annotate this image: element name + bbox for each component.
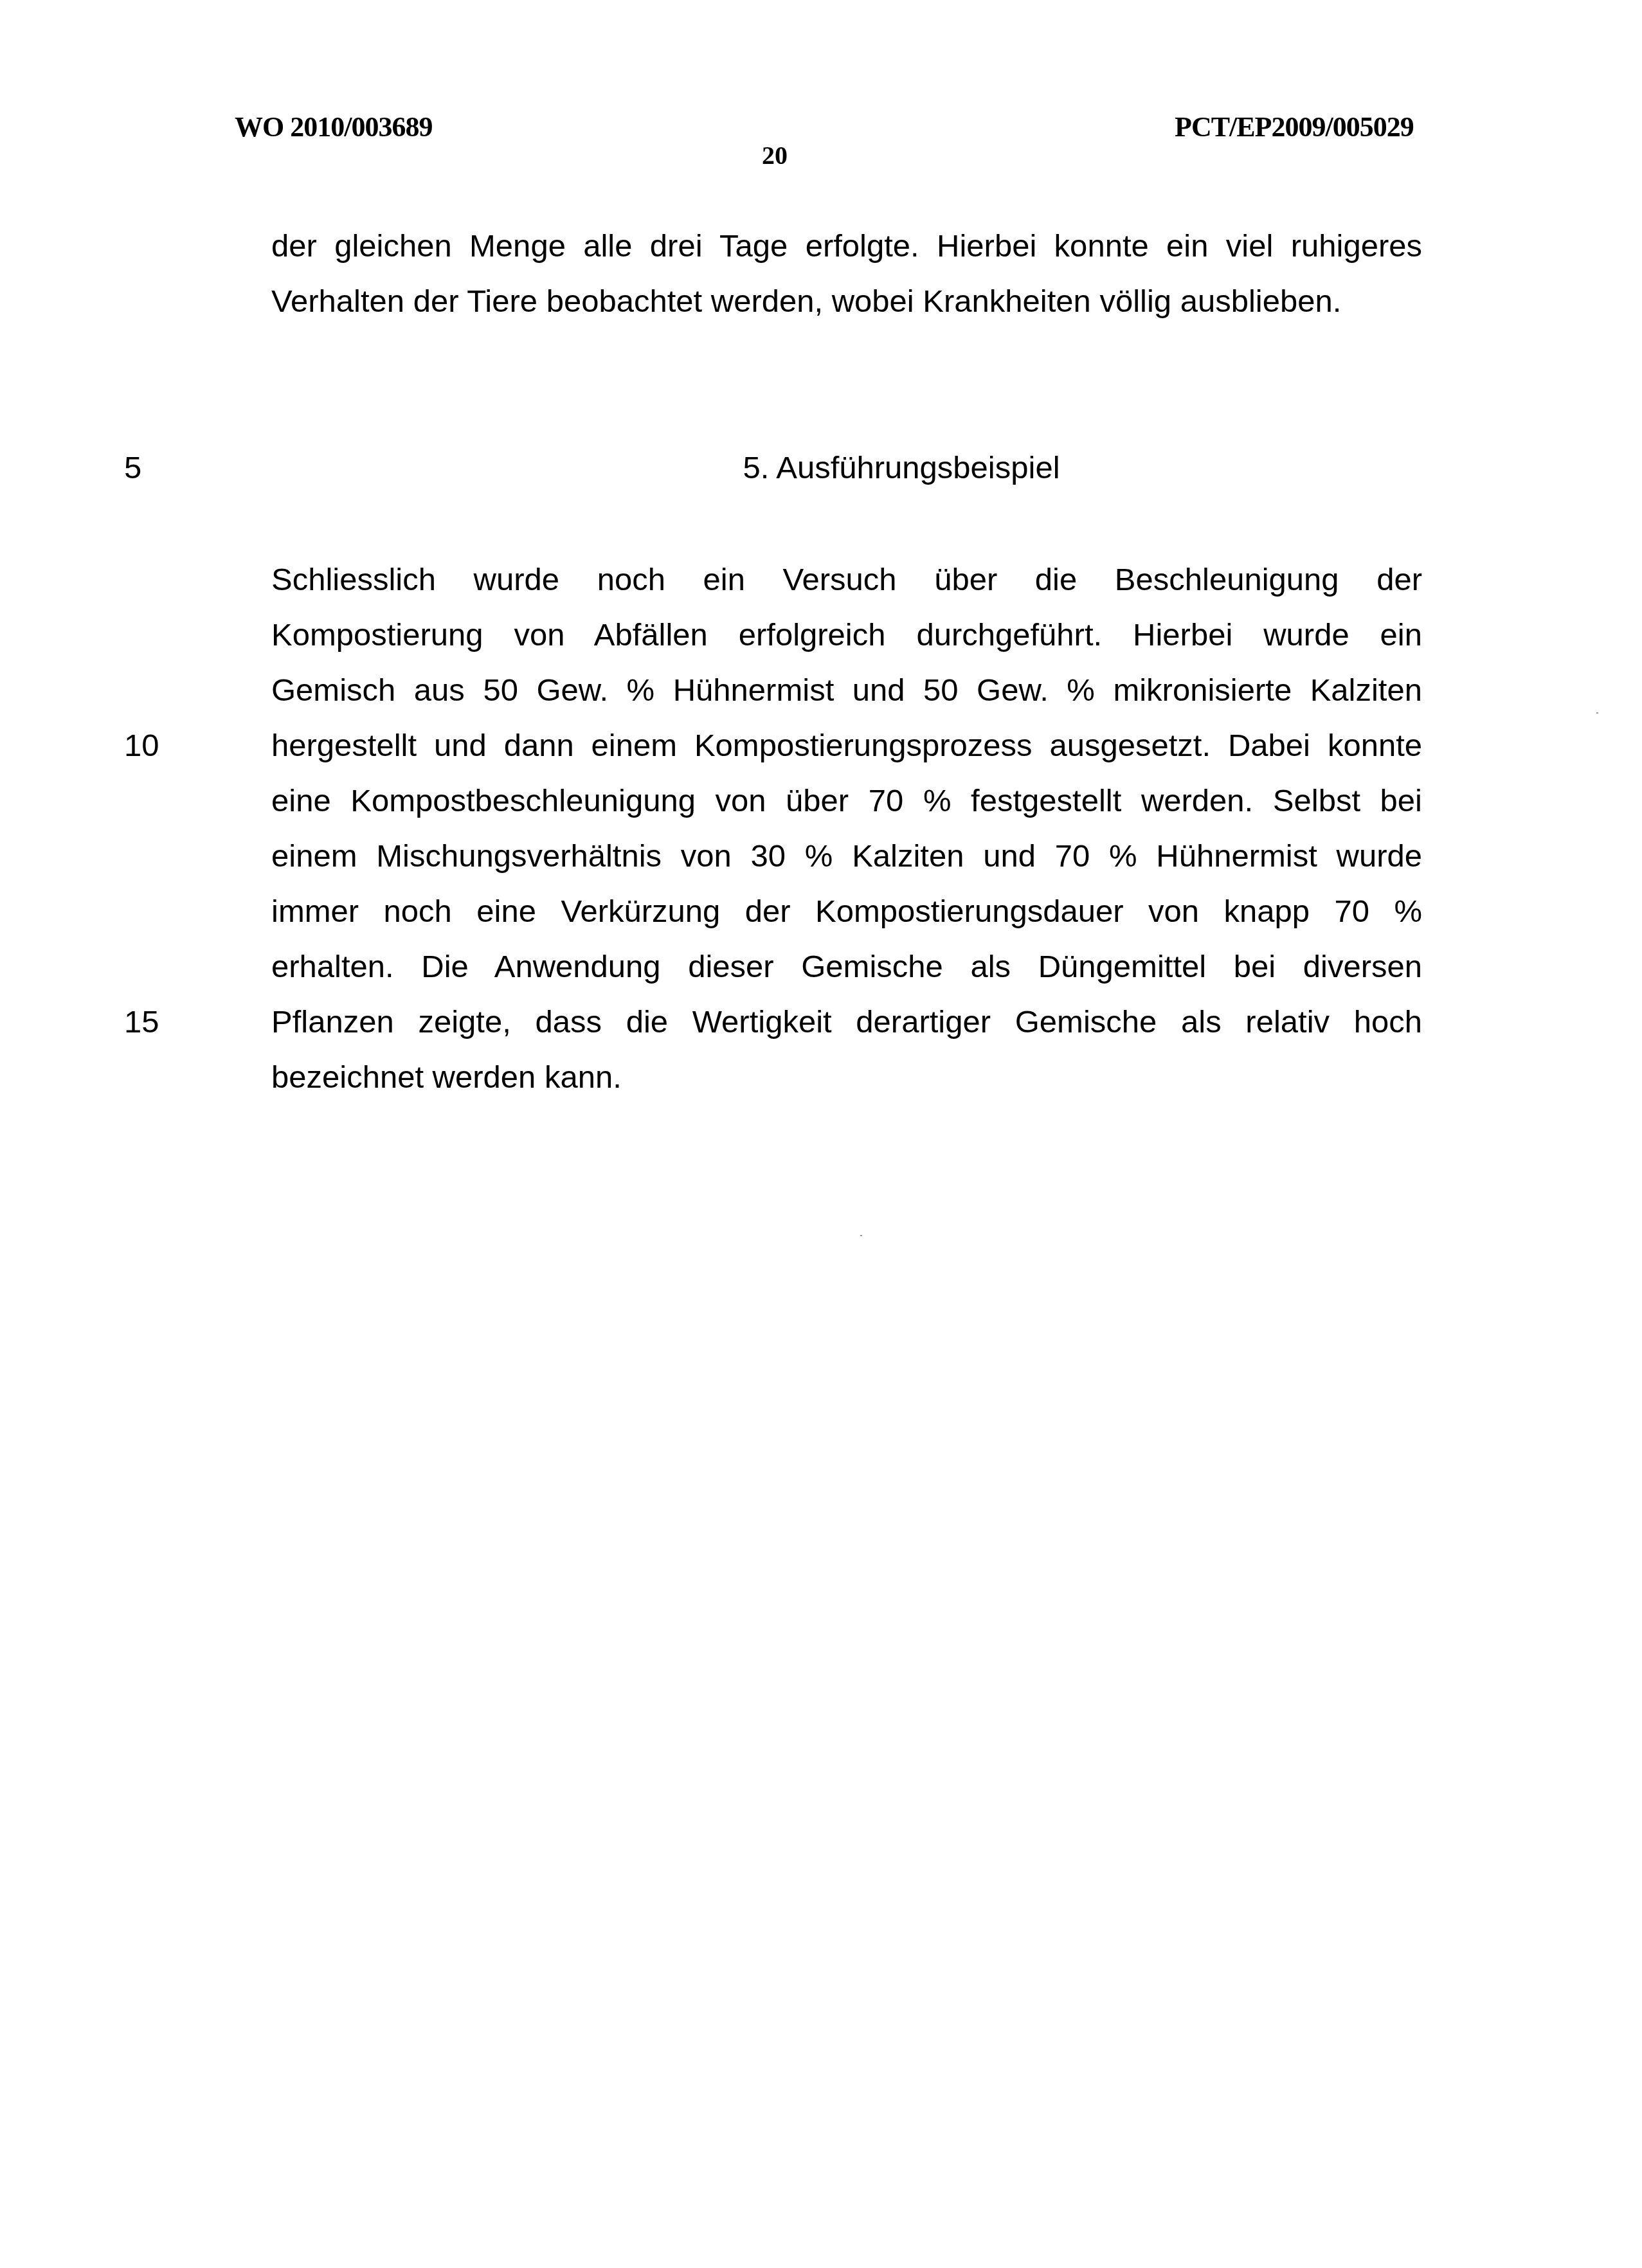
text-line: Verhalten der Tiere beobachtet werden, w… [271, 282, 1422, 321]
text-line: Gemisch aus 50 Gew. % Hühnermist und 50 … [271, 671, 1422, 710]
scan-speck [860, 1235, 862, 1236]
text-line: bezeichnet werden kann. [271, 1058, 1422, 1097]
text-line: eine Kompostbeschleunigung von über 70 %… [271, 782, 1422, 820]
text-line: einem Mischungsverhältnis von 30 % Kalzi… [271, 837, 1422, 876]
page-number: 20 [762, 140, 788, 170]
application-number: PCT/EP2009/005029 [1175, 111, 1414, 143]
text-line: immer noch eine Verkürzung der Kompostie… [271, 892, 1422, 931]
section-heading: 5. Ausführungsbeispiel [0, 449, 1642, 487]
text-line: erhalten. Die Anwendung dieser Gemische … [271, 948, 1422, 986]
text-line: Schliesslich wurde noch ein Versuch über… [271, 561, 1422, 599]
text-line: Kompostierung von Abfällen erfolgreich d… [271, 616, 1422, 654]
text-line: hergestellt und dann einem Kompostierung… [271, 726, 1422, 765]
scan-speck [1596, 712, 1598, 714]
line-number-10: 10 [124, 726, 159, 765]
publication-number: WO 2010/003689 [235, 111, 432, 143]
text-line: Pflanzen zeigte, dass die Wertigkeit der… [271, 1003, 1422, 1041]
line-number-15: 15 [124, 1003, 159, 1041]
text-line: der gleichen Menge alle drei Tage erfolg… [271, 227, 1422, 265]
